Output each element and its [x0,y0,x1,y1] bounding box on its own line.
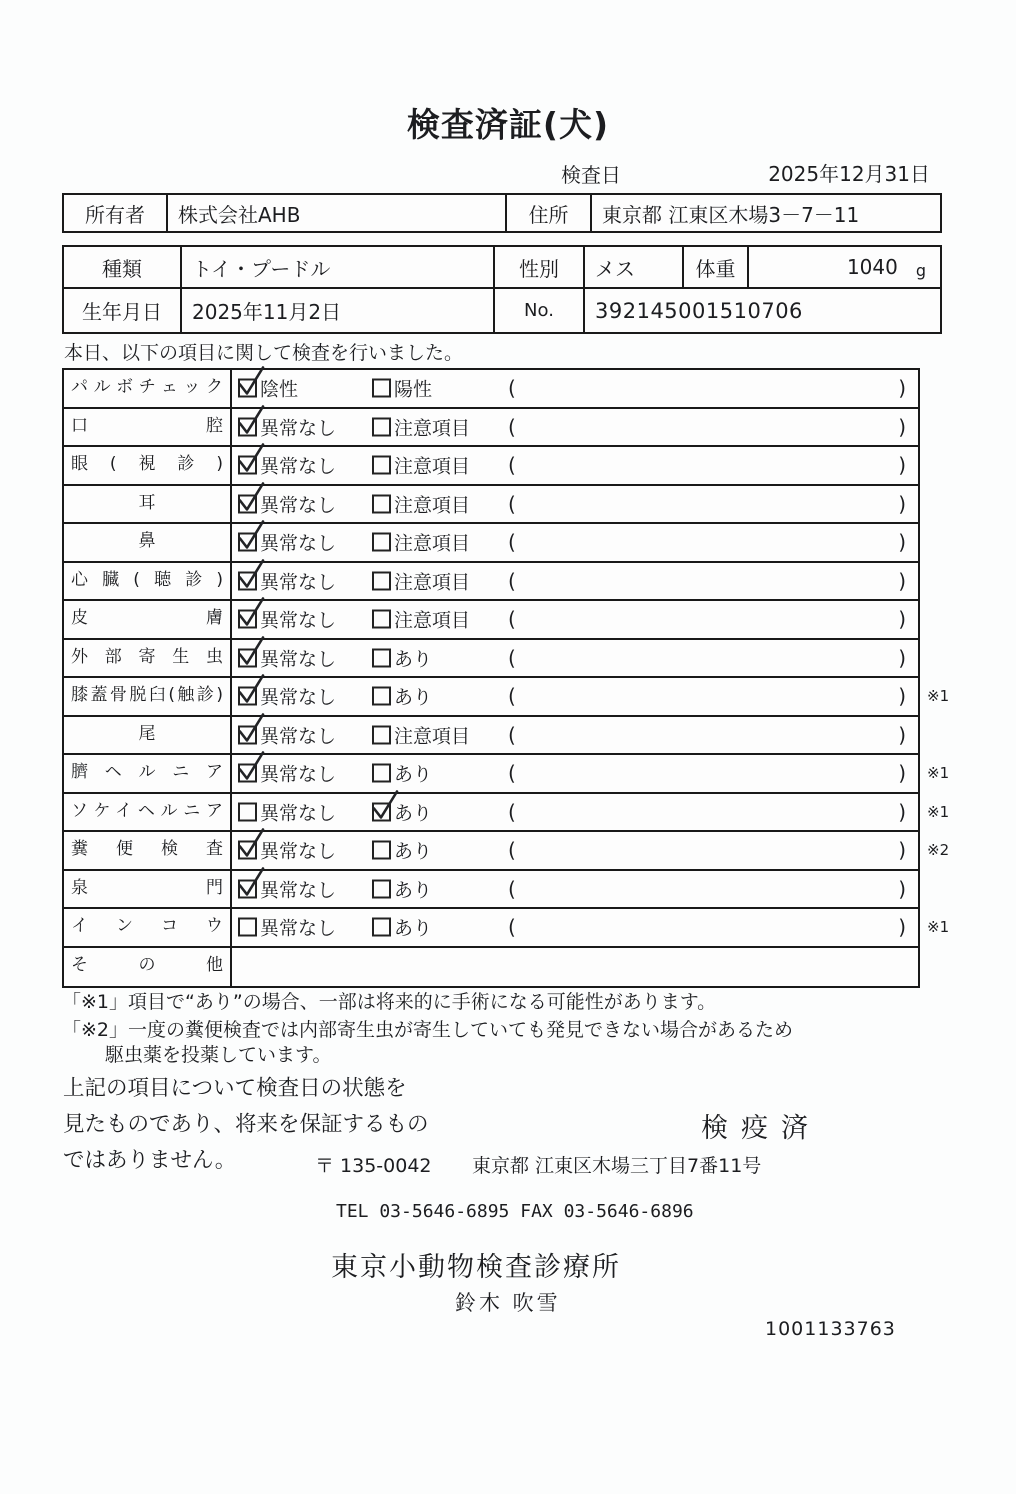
breed-label: 種類 [64,247,180,287]
remark-paren-close: ) [898,838,906,862]
remark-paren-close: ) [898,877,906,901]
weight-value-cell: 1040 g [747,247,940,287]
exam-row: ソケイヘルニア 異常なし あり [64,794,918,833]
weight-unit: g [916,261,926,280]
exam-option-1: 異常なし [238,644,336,671]
exam-option-2: あり [372,837,432,864]
exam-option-2: あり [372,683,432,710]
exam-row-label: 鼻 [64,524,232,561]
checkbox [238,494,257,513]
remark-paren-close: ) [898,684,906,708]
disclaimer-line-3: ではありません。 [63,1143,236,1174]
exam-row-label: 膝蓋骨脱臼(触診) [64,678,232,715]
exam-option-1: 異常なし [238,914,336,941]
exam-row-content: 陰性 陽性 ( ) [232,370,918,407]
exam-option-1: 異常なし [238,452,336,479]
exam-row-note-mark: ※1 [927,918,949,936]
exam-option-2: 注意項目 [372,721,470,748]
exam-row: 糞便検査 異常なし あり [64,832,918,871]
exam-row: 外部寄生虫 異常なし あり [64,640,918,679]
exam-row-label: ソケイヘルニア [64,794,232,831]
exam-option-2-label: 注意項目 [394,413,470,440]
checkbox [372,417,391,436]
exam-option-1-label: 陰性 [260,375,298,402]
checkbox [372,648,391,667]
exam-row: インコウ 異常なし あり [64,909,918,948]
exam-row-content: 異常なし 注意項目 ( ) [232,409,918,446]
exam-option-1-label: 異常なし [260,721,336,748]
exam-row-label: 皮膚 [64,601,232,638]
exam-row: 心臓(聴診) 異常なし 注意項目 [64,563,918,602]
exam-option-2: 注意項目 [372,490,470,517]
checkbox [372,764,391,783]
exam-option-2-label: 注意項目 [394,721,470,748]
clinic-tel-fax: TEL 03-5646-6895 FAX 03-5646-6896 [336,1201,694,1222]
exam-option-2: 注意項目 [372,567,470,594]
remark-paren-close: ) [898,646,906,670]
checkbox [238,841,257,860]
exam-option-1-label: 異常なし [260,606,336,633]
no-label: No. [493,289,583,332]
exam-option-1: 異常なし [238,837,336,864]
exam-row: 耳 異常なし 注意項目 [64,486,918,525]
exam-row: 眼(視診) 異常なし 注意項目 [64,447,918,486]
remark-paren-close: ) [898,376,906,400]
exam-date-value: 2025年12月31日 [768,158,930,187]
exam-option-1-label: 異常なし [260,529,336,556]
pet-table: 種類 トイ・プードル 性別 メス 体重 1040 g 生年月日 2025年11月… [62,245,942,334]
exam-row-content: 異常なし あり ( ) [232,640,918,677]
remark-paren-open: ( [508,838,516,862]
remark-paren-open: ( [508,569,516,593]
remark-paren-close: ) [898,453,906,477]
exam-date-label: 検査日 [561,159,621,188]
exam-row-note-mark: ※1 [927,687,949,705]
clinic-postal-code: 〒 135-0042 [315,1151,432,1178]
exam-row-label: 臍ヘルニア [64,755,232,792]
disclaimer-line-2: 見たものであり、将来を保証するもの [63,1107,429,1138]
no-value: 392145001510706 [583,289,940,332]
weight-label: 体重 [682,247,747,287]
exam-row-content: 異常なし 注意項目 ( ) [232,524,918,561]
exam-row-note-mark: ※1 [927,764,949,782]
checkbox [238,879,257,898]
exam-option-1-label: 異常なし [260,490,336,517]
exam-option-2-label: あり [394,644,432,671]
checkbox [372,456,391,475]
address-value: 東京都 江東区木場3－7－11 [590,195,940,231]
exam-row-label: その他 [64,948,232,987]
exam-option-2: 陽性 [372,375,432,402]
remark-paren-open: ( [508,376,516,400]
exam-option-1-label: 異常なし [260,567,336,594]
exam-option-2-label: あり [394,798,432,825]
exam-row-label: パルボチェック [64,370,232,407]
remark-paren-open: ( [508,646,516,670]
checkbox [238,456,257,475]
exam-row: その他 [64,948,918,987]
remark-paren-open: ( [508,761,516,785]
exam-option-2-label: あり [394,914,432,941]
exam-row: 膝蓋骨脱臼(触診) 異常なし あり [64,678,918,717]
exam-option-2: 注意項目 [372,413,470,440]
exam-row-label: 耳 [64,486,232,523]
exam-row-content: 異常なし あり ( ) [232,794,918,831]
checkbox [238,379,257,398]
document-serial-number: 1001133763 [765,1318,896,1340]
exam-option-1: 異常なし [238,760,336,787]
exam-option-2: あり [372,760,432,787]
exam-row: 口腔 異常なし 注意項目 [64,409,918,448]
address-label: 住所 [505,195,590,231]
checkbox [372,918,391,937]
exam-option-1-label: 異常なし [260,413,336,440]
exam-option-2: 注意項目 [372,452,470,479]
exam-option-2-label: 注意項目 [394,490,470,517]
checkbox [238,571,257,590]
exam-option-1: 異常なし [238,875,336,902]
exam-option-1-label: 異常なし [260,452,336,479]
sex-label: 性別 [493,247,583,287]
disclaimer-line-1: 上記の項目について検査日の状態を [63,1071,407,1102]
exam-option-2-label: 注意項目 [394,452,470,479]
exam-row: 泉門 異常なし あり [64,871,918,910]
exam-option-1: 異常なし [238,490,336,517]
checkbox [238,802,257,821]
veterinarian-name: 鈴木 吹雪 [455,1287,561,1317]
exam-option-1: 異常なし [238,721,336,748]
exam-row: 尾 異常なし 注意項目 [64,717,918,756]
remark-paren-close: ) [898,607,906,631]
exam-option-1: 異常なし [238,606,336,633]
exam-option-2-label: 注意項目 [394,606,470,633]
exam-option-1: 異常なし [238,567,336,594]
remark-paren-close: ) [898,569,906,593]
exam-row-content: 異常なし あり ( ) [232,909,918,946]
birth-label: 生年月日 [64,289,180,332]
exam-option-2: 注意項目 [372,529,470,556]
checkbox [238,918,257,937]
exam-row: パルボチェック 陰性 陽性 [64,370,918,409]
exam-option-1-label: 異常なし [260,837,336,864]
exam-option-1-label: 異常なし [260,760,336,787]
weight-value: 1040 [847,255,898,279]
checkbox [238,764,257,783]
checkbox [238,417,257,436]
exam-option-1-label: 異常なし [260,644,336,671]
remark-paren-open: ( [508,607,516,631]
exam-option-2: あり [372,798,432,825]
owner-value: 株式会社AHB [166,195,505,231]
exam-row-label: 泉門 [64,871,232,908]
exam-row-content [232,948,918,987]
exam-option-2-label: 注意項目 [394,567,470,594]
remark-paren-close: ) [898,530,906,554]
remark-paren-close: ) [898,915,906,939]
exam-row-label: 尾 [64,717,232,754]
exam-row-content: 異常なし 注意項目 ( ) [232,717,918,754]
quarantine-stamp: 検疫済 [701,1106,821,1145]
exam-row-label: 外部寄生虫 [64,640,232,677]
exam-row-label: インコウ [64,909,232,946]
exam-row: 臍ヘルニア 異常なし あり [64,755,918,794]
exam-option-2-label: あり [394,760,432,787]
checkbox [372,879,391,898]
remark-paren-close: ) [898,492,906,516]
exam-row-content: 異常なし あり ( ) [232,871,918,908]
exam-option-2: あり [372,875,432,902]
remark-paren-open: ( [508,800,516,824]
remark-paren-open: ( [508,915,516,939]
inspection-certificate-page: 検査済証(犬) 検査日 2025年12月31日 所有者 株式会社AHB 住所 東… [0,0,1016,1494]
exam-row-content: 異常なし あり ( ) [232,678,918,715]
checkbox [372,841,391,860]
exam-row-note-mark: ※2 [927,841,949,859]
checkbox [372,379,391,398]
exam-row-content: 異常なし 注意項目 ( ) [232,486,918,523]
checkbox [372,533,391,552]
checkbox [372,571,391,590]
exam-option-2: 注意項目 [372,606,470,633]
exam-option-1: 異常なし [238,413,336,440]
exam-row: 皮膚 異常なし 注意項目 [64,601,918,640]
exam-option-2: あり [372,644,432,671]
footnote-2-continued: 駆虫薬を投薬しています。 [105,1040,331,1067]
exam-row-content: 異常なし 注意項目 ( ) [232,601,918,638]
exam-option-2-label: 注意項目 [394,529,470,556]
footnote-1: 「※1」項目で“あり”の場合、一部は将来的に手術になる可能性があります。 [62,987,716,1014]
remark-paren-close: ) [898,723,906,747]
sex-value: メス [583,247,682,287]
exam-row-content: 異常なし 注意項目 ( ) [232,447,918,484]
exam-row-label: 心臓(聴診) [64,563,232,600]
remark-paren-open: ( [508,453,516,477]
exam-option-1: 異常なし [238,683,336,710]
exam-option-2-label: 陽性 [394,375,432,402]
checkbox [372,687,391,706]
exam-option-2-label: あり [394,875,432,902]
remark-paren-open: ( [508,415,516,439]
remark-paren-close: ) [898,415,906,439]
checkbox [372,494,391,513]
page-title: 検査済証(犬) [0,99,1016,146]
footnote-2: 「※2」一度の糞便検査では内部寄生虫が寄生していても発見できない場合があるため [62,1015,793,1042]
exam-option-1-label: 異常なし [260,798,336,825]
exam-row-content: 異常なし あり ( ) [232,755,918,792]
birth-value: 2025年11月2日 [180,289,493,332]
exam-table: パルボチェック 陰性 陽性 [62,368,920,988]
remark-paren-open: ( [508,877,516,901]
remark-paren-open: ( [508,530,516,554]
remark-paren-open: ( [508,684,516,708]
exam-row-content: 異常なし あり ( ) [232,832,918,869]
checkbox [238,725,257,744]
checkbox [238,610,257,629]
exam-row-label: 糞便検査 [64,832,232,869]
owner-label: 所有者 [64,195,166,231]
exam-option-1: 異常なし [238,798,336,825]
intro-sentence: 本日、以下の項目に関して検査を行いました。 [64,338,463,365]
clinic-name: 東京小動物検査診療所 [331,1245,621,1284]
exam-row-label: 眼(視診) [64,447,232,484]
remark-paren-open: ( [508,492,516,516]
exam-row-label: 口腔 [64,409,232,446]
clinic-address: 東京都 江東区木場三丁目7番11号 [472,1151,761,1178]
exam-option-1: 異常なし [238,529,336,556]
exam-option-2: あり [372,914,432,941]
checkbox [372,725,391,744]
breed-value: トイ・プードル [180,247,493,287]
remark-paren-open: ( [508,723,516,747]
exam-option-1-label: 異常なし [260,683,336,710]
exam-option-2-label: あり [394,683,432,710]
exam-row-content: 異常なし 注意項目 ( ) [232,563,918,600]
exam-row: 鼻 異常なし 注意項目 [64,524,918,563]
exam-option-1: 陰性 [238,375,298,402]
remark-paren-close: ) [898,800,906,824]
exam-option-1-label: 異常なし [260,875,336,902]
checkbox [372,802,391,821]
checkbox [238,533,257,552]
owner-table: 所有者 株式会社AHB 住所 東京都 江東区木場3－7－11 [62,193,942,233]
exam-row-note-mark: ※1 [927,803,949,821]
exam-option-1-label: 異常なし [260,914,336,941]
checkbox [238,648,257,667]
exam-option-2-label: あり [394,837,432,864]
checkbox [238,687,257,706]
checkbox [372,610,391,629]
remark-paren-close: ) [898,761,906,785]
